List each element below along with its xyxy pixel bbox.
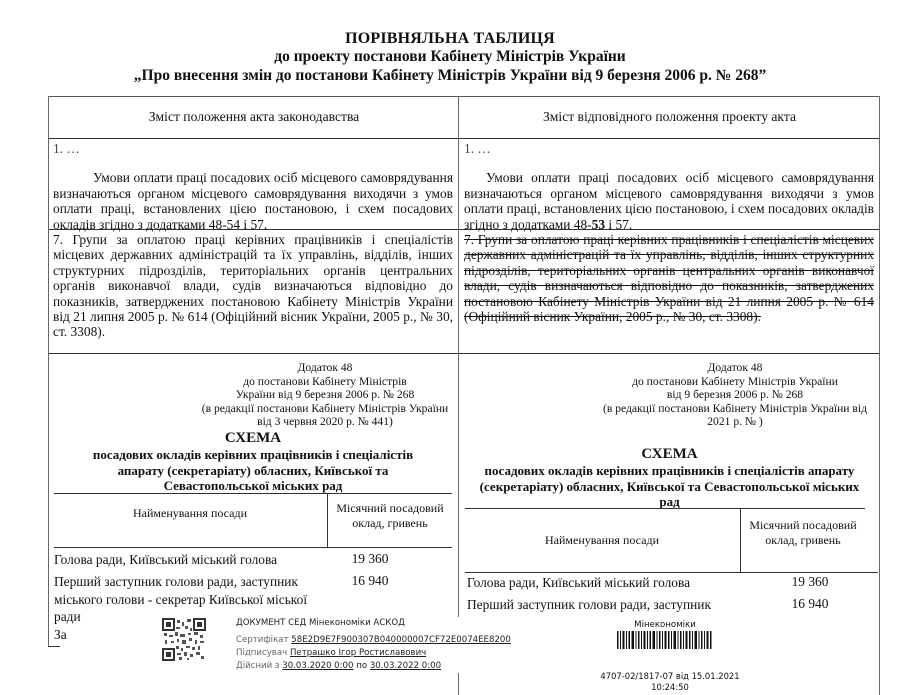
left-schema-subtitle: посадових окладів керівних працівників і… [50, 447, 456, 463]
right-col-header-position: Найменування посади [465, 533, 739, 548]
right-inner-table-divider [740, 508, 741, 572]
row1-right-text: Умови оплати праці посадових осіб місцев… [464, 170, 874, 232]
title-line-1: ПОРІВНЯЛЬНА ТАБЛИЦЯ [0, 30, 900, 48]
right-row-position: Голова ради, Київський міський голова [467, 574, 737, 592]
registration-number-block: 4707-02/1817-07 від 15.01.2021 10:24:50 [595, 671, 745, 693]
page-bottom-fragment [48, 646, 60, 647]
valid-to-value: 30.03.2022 0:00 [370, 661, 441, 671]
table-left-border [48, 96, 49, 646]
left-col-header-salary: Місячний посадовий оклад, гривень [330, 501, 450, 530]
left-annex-line: України від 9 березня 2006 р. № 268 [200, 388, 450, 402]
right-schema-subtitle: (секретаріату) обласних, Київської та Се… [460, 479, 879, 495]
digital-signature-stamp: ДОКУМЕНТ СЕД Мінекономіки АСКОД Сертифік… [236, 617, 506, 673]
right-inner-table-header-bottom [465, 572, 878, 573]
row2-left-cell: 7. Групи за оплатою праці керівних праці… [53, 232, 453, 340]
qr-code-icon [162, 618, 206, 661]
right-annex-line: 2021 р. № ) [590, 415, 880, 429]
valid-from-label: Дійсний з [236, 661, 280, 671]
left-col-header-position: Найменування посади [54, 506, 326, 521]
row1-left-text: Умови оплати праці посадових осіб місцев… [53, 170, 453, 232]
left-annex-block: Додаток 48 до постанови Кабінету Міністр… [200, 361, 450, 429]
row1-right-text-main: Умови оплати праці посадових осіб місцев… [464, 170, 874, 231]
left-inner-table-top [54, 493, 452, 494]
registration-number: 4707-02/1817-07 від 15.01.2021 [595, 671, 745, 682]
stamp-certificate: Сертифікат 58E2D9E7F900307B040000007CF72… [236, 634, 506, 647]
signer-value: Петрашко Ігор Ростиславович [290, 648, 426, 658]
header-divider [48, 138, 880, 139]
left-inner-table-header-bottom [54, 547, 452, 548]
certificate-value: 58E2D9E7F900307B040000007CF72E0074EE8200 [291, 635, 511, 645]
title-line-3: „Про внесення змін до постанови Кабінету… [0, 67, 900, 85]
left-annex-line: від 3 червня 2020 р. № 441) [200, 415, 450, 429]
left-row-salary: 19 360 [330, 551, 410, 567]
right-row-position: Перший заступник голови ради, заступник [467, 596, 737, 614]
left-schema-title: СХЕМА посадових окладів керівних працівн… [50, 430, 456, 494]
left-inner-table-divider [327, 493, 328, 547]
row2-right-cell-struck: 7. Групи за оплатою праці керівних праці… [464, 232, 874, 324]
table-center-border [458, 96, 459, 695]
barcode-icon [617, 631, 713, 649]
header-draft-act: Зміст відповідного положення проекту акт… [460, 109, 879, 125]
right-annex-line: Додаток 48 [590, 361, 880, 375]
row1-right-changed-number: 53 [592, 217, 605, 232]
barcode-org: Мінекономіки [610, 620, 720, 630]
right-schema-title: СХЕМА посадових окладів керівних працівн… [460, 446, 879, 510]
row1-left-cell: 1. … Умови оплати праці посадових осіб м… [53, 141, 453, 232]
right-col-header-salary: Місячний посадовий оклад, гривень [748, 518, 858, 547]
header-current-act: Зміст положення акта законодавства [50, 109, 458, 125]
stamp-signer: Підписувач Петрашко Ігор Ростиславович [236, 647, 506, 660]
left-annex-line: (в редакції постанови Кабінету Міністрів… [200, 402, 450, 416]
right-row-salary: 19 360 [770, 574, 850, 590]
left-row-salary: 16 940 [330, 573, 410, 589]
registration-time: 10:24:50 [595, 682, 745, 693]
right-row-salary: 16 940 [770, 596, 850, 612]
stamp-heading: ДОКУМЕНТ СЕД Мінекономіки АСКОД [236, 617, 506, 630]
row1-right-text-tail: і 57. [605, 217, 632, 232]
right-annex-block: Додаток 48 до постанови Кабінету Міністр… [590, 361, 880, 429]
signer-label: Підписувач [236, 648, 287, 658]
title-line-2: до проекту постанови Кабінету Міністрів … [0, 48, 900, 66]
left-annex-line: до постанови Кабінету Міністрів [200, 375, 450, 389]
row1-left-marker: 1. … [53, 141, 453, 156]
left-schema-heading: СХЕМА [50, 430, 456, 447]
right-schema-heading: СХЕМА [460, 446, 879, 463]
row1-right-cell: 1. … Умови оплати праці посадових осіб м… [464, 141, 874, 232]
right-annex-line: від 9 березня 2006 р. № 268 [590, 388, 880, 402]
row2-divider [48, 353, 880, 354]
right-annex-line: (в редакції постанови Кабінету Міністрів… [590, 402, 880, 416]
left-row-position-cut: За [54, 626, 84, 644]
left-annex-line: Додаток 48 [200, 361, 450, 375]
left-row-position: Голова ради, Київський міський голова [54, 551, 324, 569]
right-inner-table-top [465, 508, 865, 509]
left-schema-subtitle: апарату (секретаріату) обласних, Київськ… [50, 463, 456, 479]
right-schema-subtitle: посадових окладів керівних працівників і… [460, 463, 879, 479]
registration-barcode-block: Мінекономіки [610, 620, 720, 648]
stamp-validity: Дійсний з 30.03.2020 0:00 по 30.03.2022 … [236, 660, 506, 673]
valid-from-value: 30.03.2020 0:00 [282, 661, 353, 671]
right-annex-line: до постанови Кабінету Міністрів України [590, 375, 880, 389]
left-schema-subtitle: Севастопольської міських рад [50, 478, 456, 494]
certificate-label: Сертифікат [236, 635, 289, 645]
valid-to-label: по [356, 661, 367, 671]
row1-right-marker: 1. … [464, 141, 874, 156]
table-top-border [48, 96, 880, 97]
